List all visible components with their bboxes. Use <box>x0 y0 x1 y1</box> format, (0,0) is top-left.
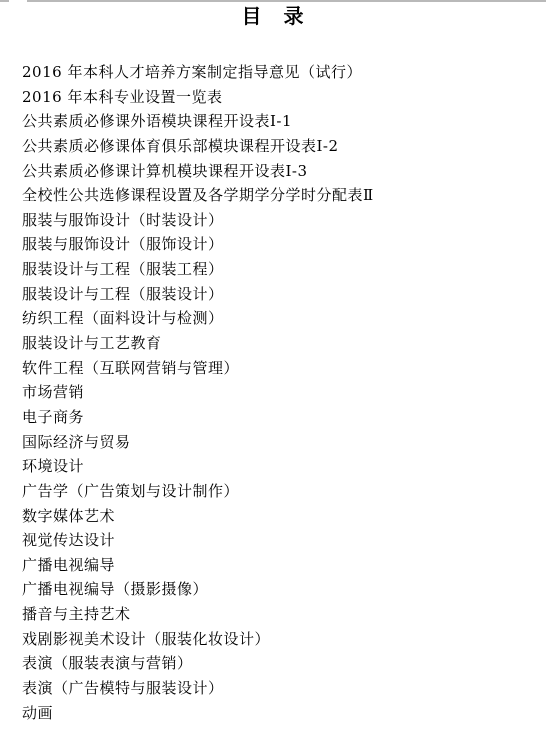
toc-item: 表演（服装表演与营销） <box>22 651 546 676</box>
toc-item: 公共素质必修课体育俱乐部模块课程开设表Ⅰ-2 <box>22 134 546 159</box>
toc-item: 广播电视编导（摄影摄像） <box>22 577 546 602</box>
toc-item: 服装设计与工艺教育 <box>22 331 546 356</box>
toc-item: 纺织工程（面料设计与检测） <box>22 306 546 331</box>
toc-item: 动画 <box>22 701 546 726</box>
page-title: 目 录 <box>0 0 546 28</box>
toc-item: 服装设计与工程（服装工程） <box>22 257 546 282</box>
toc-item: 数字媒体艺术 <box>22 504 546 529</box>
toc-item: 电子商务 <box>22 405 546 430</box>
scan-artifact-top-edge <box>0 0 546 2</box>
toc-item: 2016 年本科人才培养方案制定指导意见（试行） <box>22 60 546 85</box>
toc-item: 公共素质必修课计算机模块课程开设表Ⅰ-3 <box>22 159 546 184</box>
toc-list: 2016 年本科人才培养方案制定指导意见（试行）2016 年本科专业设置一览表公… <box>0 60 546 725</box>
document-page: 目 录 2016 年本科人才培养方案制定指导意见（试行）2016 年本科专业设置… <box>0 0 546 735</box>
toc-item: 2016 年本科专业设置一览表 <box>22 85 546 110</box>
toc-item: 软件工程（互联网营销与管理） <box>22 356 546 381</box>
toc-item: 表演（广告模特与服装设计） <box>22 676 546 701</box>
toc-item: 国际经济与贸易 <box>22 430 546 455</box>
toc-item: 广播电视编导 <box>22 553 546 578</box>
toc-item: 服装与服饰设计（时装设计） <box>22 208 546 233</box>
toc-item: 戏剧影视美术设计（服装化妆设计） <box>22 627 546 652</box>
toc-item: 广告学（广告策划与设计制作） <box>22 479 546 504</box>
toc-item: 播音与主持艺术 <box>22 602 546 627</box>
toc-item: 公共素质必修课外语模块课程开设表Ⅰ-1 <box>22 109 546 134</box>
toc-item: 全校性公共选修课程设置及各学期学分学时分配表Ⅱ <box>22 183 546 208</box>
toc-item: 市场营销 <box>22 380 546 405</box>
toc-item: 环境设计 <box>22 454 546 479</box>
toc-item: 服装与服饰设计（服饰设计） <box>22 232 546 257</box>
toc-item: 服装设计与工程（服装设计） <box>22 282 546 307</box>
toc-item: 视觉传达设计 <box>22 528 546 553</box>
